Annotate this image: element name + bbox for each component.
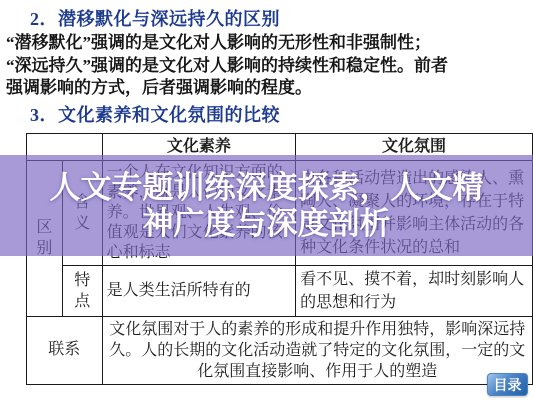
tedian-label: 特点 (74, 270, 91, 312)
table-row-lianxi: 联系 文化氛围对于人的素养的形成和提升作用独特，影响深远持久。人的长期的文化活动… (27, 316, 533, 384)
paragraph-line: 强调影响的方式，后者强调影响的程度。 (6, 77, 533, 100)
section-3-heading: 3．文化素养和文化氛围的比较 (30, 103, 533, 127)
section-2-heading: 2．潜移默化与深远持久的区别 (30, 0, 533, 31)
cell-tedian-suyang: 是人类生活所特有的 (102, 265, 296, 316)
watermark-line-1: 人文专题训练深度探索，人文精 (50, 170, 484, 206)
watermark-overlay: 人文专题训练深度探索，人文精 神广度与深度剖析 (0, 155, 533, 256)
cell-tedian-fenwei: 看不见、摸不着，却时刻影响人的思想和行为 (296, 265, 533, 316)
slide-page: 2．潜移默化与深远持久的区别 “潜移默化”强调的是文化对人影响的无形性和非强制性… (0, 0, 533, 400)
table-row-tedian: 特点 是人类生活所特有的 看不见、摸不着，却时刻影响人的思想和行为 (27, 265, 533, 316)
row-label-tedian: 特点 (62, 265, 102, 316)
paragraph-line: “潜移默化”强调的是文化对人影响的无形性和非强制性； (6, 32, 533, 55)
paragraph-line: “深远持久”强调的是文化对人影响的持续性和稳定性。前者 (6, 55, 533, 78)
toc-button[interactable]: 目录 (487, 373, 528, 396)
watermark-line-2: 神广度与深度剖析 (143, 206, 391, 242)
row-label-lianxi: 联系 (27, 316, 103, 384)
cell-lianxi-text: 文化氛围对于人的素养的形成和提升作用独特，影响深远持久。人的长期的文化活动造就了… (102, 316, 532, 384)
section-2-paragraph: “潜移默化”强调的是文化对人影响的无形性和非强制性； “深远持久”强调的是文化对… (6, 32, 533, 100)
